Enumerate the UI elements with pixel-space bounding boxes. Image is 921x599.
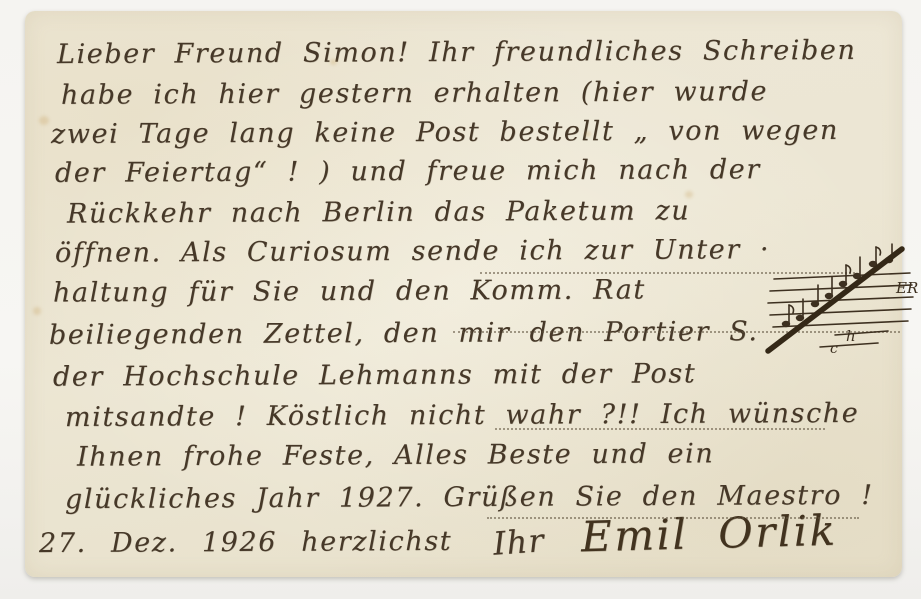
rebus-letters-er: ER (895, 279, 918, 297)
foxing-spot (33, 307, 41, 315)
printed-dotted-line (487, 517, 859, 519)
date-line: 27. Dez. 1926 herzlichst (39, 525, 452, 561)
handwriting-line-5: Rückkehr nach Berlin das Paketum zu (67, 194, 690, 231)
foxing-spot (685, 191, 693, 198)
handwriting-line-6: öffnen. Als Curiosum sende ich zur Unter… (55, 233, 770, 271)
handwriting-line-3: zwei Tage lang keine Post bestellt „ von… (51, 114, 839, 152)
handwriting-line-7: haltung für Sie und den Komm. Rat (53, 273, 646, 310)
printed-dotted-line (495, 428, 825, 430)
handwriting-line-4: der Feiertag“ ! ) und freue mich nach de… (55, 153, 761, 191)
signature: Emil Orlik (580, 506, 838, 562)
rebus-letter-c: c (830, 341, 838, 357)
foxing-spot (330, 59, 337, 65)
postcard: Lieber Freund Simon! Ihr freundliches Sc… (25, 11, 902, 577)
signature-prefix: Ihr (492, 521, 546, 563)
handwriting-line-1: Lieber Freund Simon! Ihr freundliches Sc… (57, 34, 857, 72)
handwriting-line-8: beiliegenden Zettel, den mir den Portier… (49, 315, 759, 353)
musical-notes-rebus-doodle: ER h c (740, 239, 918, 361)
foxing-spot (39, 116, 49, 125)
handwriting-line-11: Ihnen frohe Feste, Alles Beste und ein (77, 437, 714, 474)
foxing-spot (585, 131, 591, 137)
handwriting-line-2: habe ich hier gestern erhalten (hier wur… (61, 75, 768, 113)
rebus-letter-h: h (846, 327, 856, 345)
handwriting-line-9: der Hochschule Lehmanns mit der Post (53, 357, 696, 394)
